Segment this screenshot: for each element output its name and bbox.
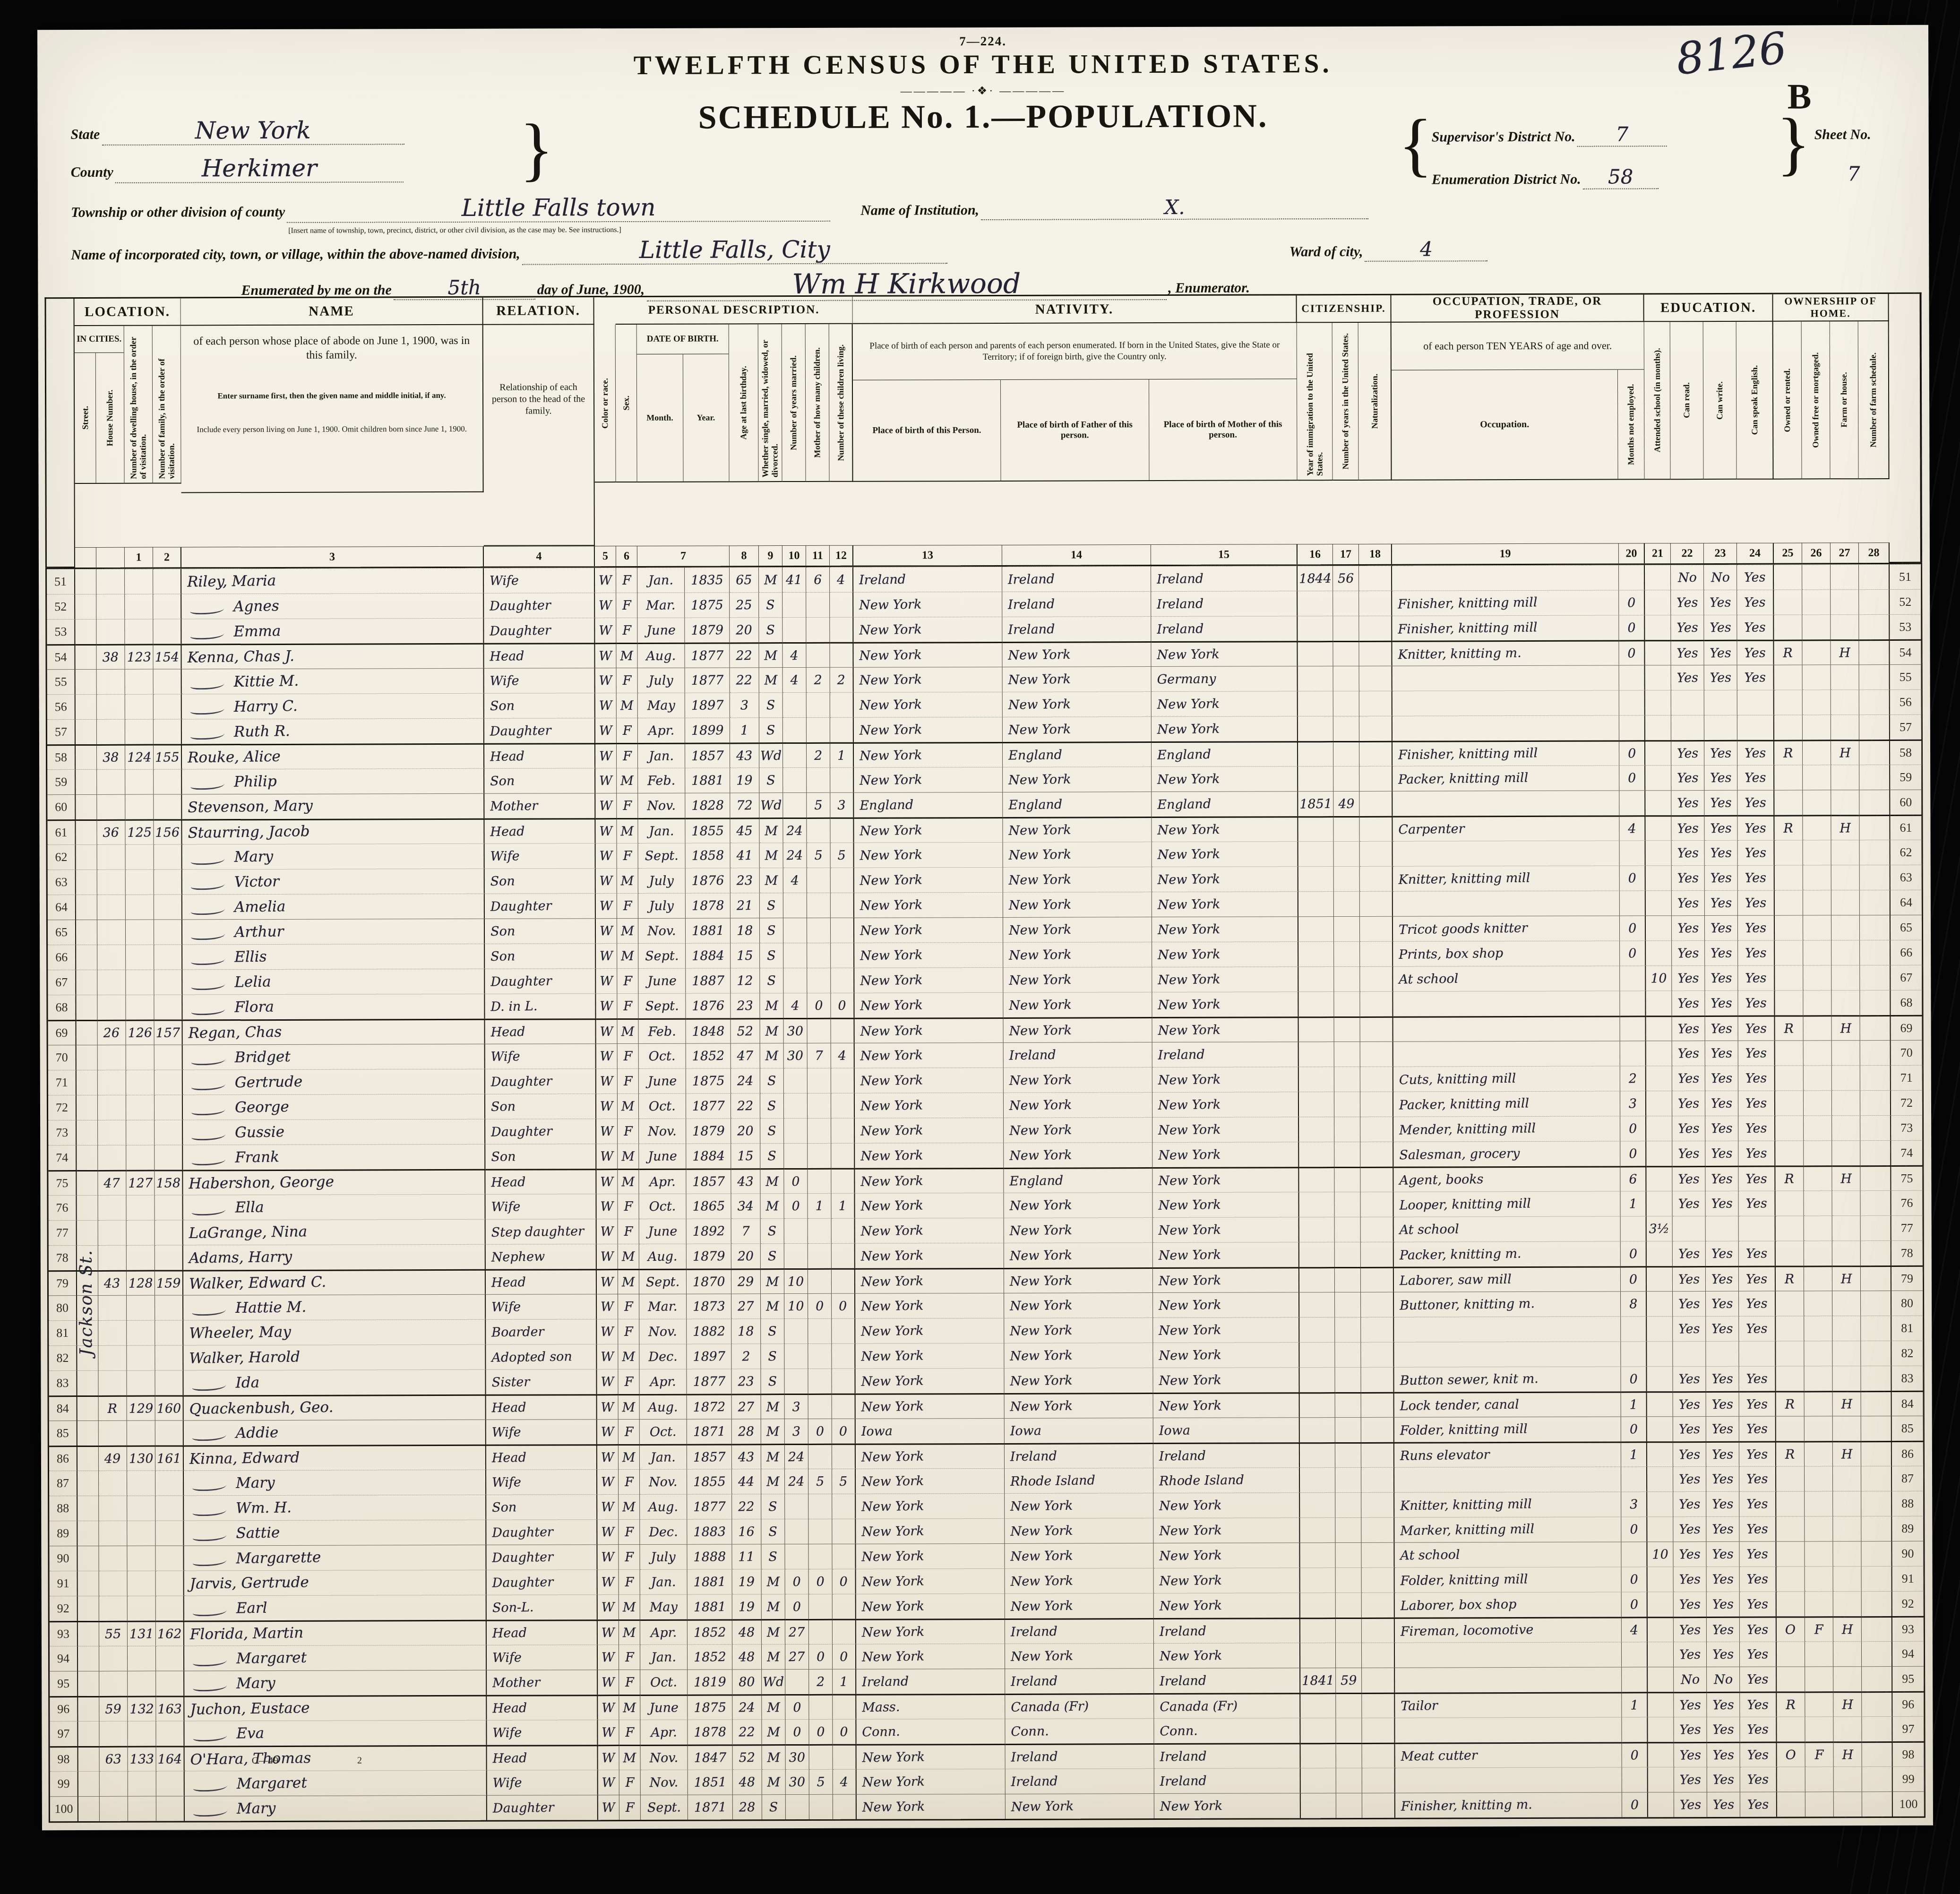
- cell-family: [156, 1796, 185, 1821]
- cell-years_married: [785, 1544, 808, 1569]
- col-number-21: 21: [1645, 543, 1671, 563]
- cell-mother_born: Rhode Island: [1153, 1467, 1300, 1493]
- cell-name: Walker, Edward C.: [183, 1269, 486, 1295]
- county-field: County Herkimer: [71, 154, 496, 183]
- cell-naturalization: [1359, 666, 1393, 691]
- cell-birth_year: 1888: [687, 1544, 732, 1569]
- cell-mother_of: [808, 1268, 832, 1293]
- line-number-right: 75: [1891, 1165, 1923, 1190]
- cell-farm_schedule: [1861, 1491, 1892, 1516]
- cell-children_living: [832, 1318, 855, 1343]
- cell-immigration: [1299, 1092, 1334, 1117]
- cell-street: [78, 1596, 99, 1621]
- cell-years_married: 41: [782, 567, 806, 592]
- cell-name: LaGrange, Nina: [183, 1219, 486, 1245]
- surname-ditto-flourish: [191, 1156, 225, 1165]
- line-number-left: 78: [49, 1245, 77, 1270]
- cell-english: Yes: [1737, 665, 1774, 690]
- cell-mother_born: New York: [1152, 816, 1298, 842]
- surname-ditto-flourish: [191, 1131, 225, 1140]
- cell-color: W: [598, 1795, 619, 1820]
- cell-years_married: 24: [785, 1469, 808, 1494]
- line-number-right: 67: [1891, 965, 1922, 990]
- cell-age: 45: [730, 818, 759, 843]
- cell-mother_of: 0: [809, 1569, 833, 1594]
- cell-free_mortgaged: [1805, 1416, 1833, 1441]
- cell-years_married: [784, 1369, 808, 1394]
- cell-relation: Wife: [487, 1770, 598, 1795]
- cell-immigration: [1298, 766, 1333, 791]
- mother-of-label: Mother of how many children.: [812, 347, 822, 458]
- cell-years_us: [1335, 1392, 1361, 1417]
- cell-farm_schedule: [1860, 1090, 1891, 1115]
- col-number-19: 19: [1392, 543, 1619, 564]
- cell-children_living: [833, 1744, 857, 1769]
- cell-school: 10: [1646, 965, 1672, 990]
- line-number-left: 52: [47, 594, 75, 619]
- cell-family: [154, 769, 182, 794]
- cell-age: 34: [731, 1193, 760, 1218]
- cell-father_born: Ireland: [1004, 1042, 1152, 1068]
- cell-born: New York: [854, 967, 1003, 993]
- cell-owned_rented: [1775, 1065, 1804, 1090]
- cell-color: W: [597, 1269, 618, 1294]
- cell-school: [1647, 1416, 1673, 1441]
- cell-age: 23: [731, 993, 760, 1018]
- cell-write: [1704, 715, 1737, 740]
- cell-years_married: [785, 1519, 808, 1544]
- cell-english: Yes: [1739, 1416, 1776, 1441]
- line-number-left: 97: [50, 1721, 78, 1746]
- cell-sex: F: [617, 843, 638, 868]
- cell-relation: Step daughter: [486, 1219, 597, 1244]
- cell-father_born: New York: [1003, 992, 1152, 1017]
- cell-street: [78, 1621, 99, 1646]
- cell-months_unemployed: 8: [1621, 1291, 1647, 1316]
- cell-read: Yes: [1672, 840, 1705, 865]
- city-field: Name of incorporated city, town, or vill…: [71, 233, 1904, 266]
- cell-school: [1646, 940, 1672, 965]
- cell-children_living: [830, 818, 854, 843]
- cell-sex: M: [619, 1619, 640, 1644]
- cell-years_us: 59: [1336, 1668, 1362, 1693]
- cell-mother_born: Ireland: [1154, 1743, 1301, 1768]
- cell-months_unemployed: [1621, 1466, 1647, 1491]
- cell-name: Margaret: [185, 1770, 487, 1796]
- cell-children_living: [832, 1268, 855, 1293]
- cell-months_unemployed: [1620, 965, 1646, 990]
- cell-birth_year: 1877: [685, 642, 730, 667]
- cell-occupation: Meat cutter: [1395, 1742, 1622, 1767]
- cell-write: Yes: [1704, 815, 1737, 840]
- cell-occupation: Packer, knitting m.: [1394, 1241, 1621, 1266]
- cell-dwelling: 131: [128, 1621, 156, 1646]
- cell-color: W: [596, 1093, 618, 1119]
- cell-school: [1645, 640, 1671, 665]
- cell-dwelling: [126, 945, 154, 970]
- cell-english: Yes: [1739, 1466, 1776, 1491]
- cell-relation: D. in L.: [485, 993, 596, 1019]
- cell-father_born: New York: [1003, 766, 1152, 792]
- cell-birth_month: Oct.: [640, 1419, 687, 1444]
- cell-dwelling: 128: [127, 1270, 155, 1295]
- cell-immigration: [1298, 641, 1333, 666]
- cell-years_married: 4: [783, 868, 807, 893]
- cell-birth_year: 1881: [686, 918, 731, 943]
- cell-birth_year: 1884: [686, 1143, 731, 1168]
- cell-birth_year: 1876: [686, 868, 731, 893]
- cell-house: 43: [98, 1270, 127, 1295]
- cell-free_mortgaged: [1803, 865, 1831, 890]
- cell-house: [99, 1671, 128, 1696]
- cell-english: Yes: [1738, 840, 1775, 865]
- cell-mother_born: New York: [1152, 916, 1298, 942]
- cell-naturalization: [1361, 1492, 1394, 1517]
- line-number-left: 71: [48, 1070, 77, 1095]
- cell-immigration: [1298, 966, 1334, 991]
- cell-immigration: [1298, 991, 1334, 1016]
- cell-immigration: [1300, 1492, 1335, 1517]
- cell-owned_rented: [1774, 664, 1803, 689]
- cell-months_unemployed: 0: [1619, 765, 1645, 790]
- cell-street: [78, 1746, 100, 1771]
- col-number-5: 5: [595, 546, 616, 566]
- cell-owned_rented: [1774, 715, 1803, 740]
- cell-owned_rented: [1776, 1541, 1805, 1566]
- cell-birth_month: Feb.: [638, 768, 685, 793]
- cell-write: Yes: [1706, 1366, 1739, 1391]
- cell-free_mortgaged: [1804, 1316, 1832, 1341]
- cell-father_born: England: [1003, 792, 1152, 817]
- cell-school: [1646, 840, 1672, 865]
- cell-occupation: [1393, 715, 1619, 740]
- cell-dwelling: [126, 970, 154, 995]
- cell-house: [98, 1245, 127, 1270]
- cell-farm_schedule: [1860, 890, 1891, 915]
- cell-relation: Daughter: [484, 718, 595, 743]
- cell-relation: Daughter: [487, 1569, 598, 1595]
- cell-birth_year: 1883: [687, 1519, 732, 1544]
- cell-dwelling: [128, 1721, 156, 1746]
- cell-write: Yes: [1705, 865, 1738, 890]
- cell-sex: M: [618, 1344, 639, 1369]
- cell-mother_born: Ireland: [1151, 616, 1298, 641]
- cell-age: 72: [730, 792, 759, 818]
- cell-free_mortgaged: [1804, 1115, 1832, 1140]
- cell-name: Kittie M.: [182, 668, 484, 694]
- cell-house: [99, 1546, 127, 1571]
- cell-street: [78, 1696, 99, 1721]
- cell-naturalization: [1360, 916, 1393, 941]
- cell-farm_schedule: [1861, 1366, 1891, 1391]
- farm-schedule-col-head: Number of farm schedule.: [1858, 321, 1890, 479]
- cell-farm_house: [1833, 1716, 1862, 1741]
- cell-family: [153, 594, 181, 619]
- cell-relation: Wife: [485, 1043, 596, 1069]
- cell-born: New York: [855, 1118, 1004, 1143]
- cell-occupation: Knitter, knitting mill: [1394, 1491, 1621, 1517]
- cell-mother_born: New York: [1153, 1292, 1299, 1317]
- cell-name: Ella: [183, 1194, 485, 1220]
- cell-color: W: [595, 568, 616, 593]
- cell-years_married: 24: [783, 843, 807, 868]
- line-number-left: 85: [49, 1420, 77, 1446]
- cell-free_mortgaged: [1805, 1691, 1833, 1716]
- cell-relation: Wife: [486, 1294, 597, 1319]
- cell-children_living: 3: [830, 792, 854, 818]
- cell-relation: Daughter: [484, 593, 595, 618]
- cell-father_born: New York: [1003, 691, 1152, 717]
- cell-birth_year: 1858: [686, 843, 731, 868]
- cell-family: 158: [155, 1170, 183, 1195]
- cell-farm_house: [1832, 1291, 1861, 1316]
- cell-children_living: [831, 1018, 854, 1043]
- free-mortgaged-label: Owned free or mortgaged.: [1811, 352, 1821, 448]
- cell-age: 20: [731, 1243, 761, 1268]
- cell-english: Yes: [1738, 890, 1775, 915]
- cell-farm_schedule: [1862, 1591, 1892, 1616]
- cell-farm_house: [1832, 1240, 1861, 1266]
- cell-occupation: [1393, 690, 1619, 715]
- cell-family: [154, 894, 182, 919]
- cell-english: Yes: [1738, 1141, 1775, 1166]
- cell-farm_house: [1831, 689, 1859, 715]
- cell-read: Yes: [1672, 1191, 1705, 1216]
- farm-house-col-head: Farm or house.: [1830, 321, 1859, 479]
- cell-color: W: [597, 1344, 618, 1369]
- cell-sex: F: [619, 1419, 640, 1444]
- cell-sex: F: [619, 1670, 640, 1695]
- cell-farm_house: [1831, 965, 1860, 990]
- cell-birth_year: 1819: [688, 1669, 732, 1694]
- line-number-left: 67: [48, 970, 76, 995]
- line-number-col-left: [46, 299, 75, 568]
- cell-immigration: [1299, 1192, 1334, 1217]
- cell-relation: Son: [485, 943, 596, 969]
- cell-born: New York: [854, 1017, 1003, 1043]
- english-label: Can speak English.: [1750, 365, 1760, 435]
- cell-farm_schedule: [1860, 990, 1891, 1015]
- cell-read: No: [1674, 1667, 1707, 1692]
- cell-occupation: Folder, knitting mill: [1394, 1416, 1621, 1442]
- cell-years_married: [784, 1343, 808, 1369]
- col-number-14: 14: [1002, 544, 1151, 565]
- cell-free_mortgaged: [1804, 1266, 1832, 1291]
- cell-naturalization: [1361, 1467, 1394, 1492]
- cell-born: New York: [854, 767, 1003, 792]
- cell-english: Yes: [1740, 1592, 1777, 1617]
- cell-color: W: [596, 1068, 618, 1093]
- cell-street: [77, 1446, 99, 1471]
- cell-relation: Daughter: [485, 968, 596, 994]
- cell-dwelling: [128, 1646, 156, 1671]
- cell-farm_schedule: [1859, 715, 1890, 740]
- surname-ditto-flourish: [191, 1006, 225, 1015]
- cell-sex: M: [618, 1269, 639, 1294]
- cell-birth_month: Jan.: [638, 743, 685, 768]
- mother-of-col-head: Mother of how many children.: [806, 324, 830, 482]
- cell-english: [1737, 715, 1774, 740]
- cell-naturalization: [1361, 1367, 1394, 1392]
- cell-farm_house: [1832, 1065, 1860, 1090]
- cell-years_married: [784, 1093, 808, 1118]
- cell-farm_schedule: [1860, 1015, 1891, 1040]
- cell-street: [77, 1546, 99, 1571]
- cell-school: [1647, 1291, 1673, 1316]
- cell-name: Lelia: [182, 969, 485, 995]
- cell-sex: M: [617, 918, 638, 943]
- cell-born: New York: [856, 1568, 1005, 1594]
- cell-birth_month: Aug.: [639, 1244, 687, 1269]
- cell-born: New York: [855, 1243, 1004, 1268]
- cell-birth_year: 1857: [686, 1168, 731, 1193]
- cell-months_unemployed: [1621, 1216, 1647, 1241]
- col-number-6: 6: [616, 546, 637, 566]
- line-number-right: 81: [1891, 1316, 1923, 1341]
- cell-owned_rented: [1775, 1190, 1804, 1215]
- cell-free_mortgaged: [1805, 1516, 1833, 1541]
- cell-children_living: [831, 1093, 855, 1118]
- cell-mother_of: 7: [808, 1043, 831, 1068]
- cell-mother_born: New York: [1154, 1793, 1301, 1818]
- cell-free_mortgaged: [1805, 1716, 1833, 1741]
- cell-color: W: [596, 943, 617, 968]
- cell-birth_month: Nov.: [640, 1469, 687, 1494]
- cell-school: 3½: [1647, 1216, 1673, 1241]
- line-number-right: 71: [1891, 1065, 1923, 1090]
- cell-farm_house: H: [1831, 639, 1859, 664]
- cell-months_unemployed: [1622, 1717, 1648, 1742]
- cell-family: [155, 1245, 183, 1270]
- cell-house: [97, 995, 126, 1020]
- cell-born: New York: [855, 1268, 1004, 1293]
- cell-born: New York: [854, 892, 1003, 918]
- cell-house: 47: [98, 1170, 126, 1195]
- cell-father_born: New York: [1003, 942, 1152, 967]
- line-number-right: 62: [1891, 840, 1922, 865]
- cell-years_married: 3: [785, 1419, 808, 1444]
- cell-relation: Daughter: [485, 1119, 596, 1144]
- cell-sex: F: [616, 568, 637, 593]
- cell-birth_year: 1876: [686, 993, 731, 1018]
- cell-birth_year: 1897: [685, 692, 730, 717]
- cell-dwelling: [125, 619, 153, 644]
- line-number-left: 79: [49, 1270, 77, 1295]
- cell-english: Yes: [1738, 865, 1775, 890]
- line-number-right: 72: [1891, 1090, 1923, 1115]
- cell-house: [98, 1295, 127, 1320]
- cell-english: Yes: [1737, 615, 1774, 640]
- english-col-head: Can speak English.: [1736, 322, 1774, 480]
- cell-months_unemployed: 0: [1620, 915, 1646, 940]
- name-note2: Include every person living on June 1, 1…: [192, 424, 471, 435]
- cell-family: [155, 1094, 183, 1119]
- cell-free_mortgaged: [1803, 815, 1831, 840]
- cell-mother_of: 5: [809, 1769, 833, 1794]
- cell-write: Yes: [1705, 940, 1738, 965]
- relation-col-head: Relationship of each person to the head …: [483, 325, 595, 546]
- cell-years_married: 24: [785, 1444, 808, 1469]
- cell-free_mortgaged: [1805, 1591, 1833, 1616]
- cell-relation: Daughter: [484, 618, 595, 643]
- cell-age: 28: [732, 1419, 761, 1444]
- cell-birth_month: Oct.: [639, 1043, 686, 1068]
- cell-occupation: Laborer, saw mill: [1394, 1266, 1621, 1291]
- cell-farm_schedule: [1861, 1541, 1892, 1566]
- cell-owned_rented: [1777, 1791, 1805, 1817]
- cell-born: New York: [854, 817, 1003, 843]
- cell-marital: M: [762, 1594, 785, 1619]
- cell-free_mortgaged: [1803, 915, 1831, 940]
- county-label: County: [71, 164, 113, 180]
- cell-marital: S: [761, 1318, 784, 1343]
- cell-free_mortgaged: [1803, 765, 1831, 790]
- cell-born: New York: [853, 642, 1002, 667]
- cell-write: Yes: [1707, 1692, 1740, 1717]
- cell-born: Ireland: [856, 1669, 1005, 1694]
- cell-birth_month: June: [639, 1144, 686, 1169]
- cell-age: 19: [730, 767, 759, 792]
- cell-born: New York: [856, 1393, 1005, 1419]
- cell-farm_house: H: [1832, 1165, 1860, 1190]
- line-number-right: 93: [1892, 1616, 1924, 1641]
- cell-family: 159: [155, 1270, 183, 1295]
- house-col-head: House Number.: [96, 353, 124, 483]
- cell-owned_rented: [1775, 1140, 1804, 1165]
- cell-free_mortgaged: [1803, 664, 1831, 689]
- cell-sex: M: [618, 1144, 639, 1169]
- cell-father_born: New York: [1003, 817, 1152, 842]
- cell-mother_born: New York: [1152, 841, 1298, 867]
- cell-immigration: [1299, 1067, 1334, 1092]
- cell-birth_year: 1877: [687, 1369, 731, 1394]
- cell-write: Yes: [1705, 990, 1738, 1016]
- cell-age: 11: [732, 1544, 761, 1569]
- cell-school: [1647, 1316, 1673, 1341]
- cell-name: Walker, Harold: [183, 1344, 486, 1370]
- cell-read: Yes: [1672, 1066, 1705, 1091]
- cell-occupation: Packer, knitting mill: [1393, 1091, 1620, 1116]
- cell-school: [1648, 1692, 1674, 1717]
- months-unemployed-col-head: Months not employed.: [1618, 370, 1644, 479]
- city-label: Name of incorporated city, town, or vill…: [71, 246, 520, 263]
- cell-years_us: [1335, 1342, 1361, 1367]
- cell-children_living: [831, 893, 854, 918]
- cell-street: [76, 970, 97, 995]
- cell-marital: S: [759, 617, 782, 642]
- cell-read: Yes: [1671, 615, 1704, 640]
- month-label: Month.: [637, 354, 683, 482]
- cell-birth_year: 1847: [688, 1744, 733, 1769]
- cell-name: Addie: [184, 1420, 486, 1446]
- cell-english: [1737, 690, 1774, 715]
- cell-years_married: [783, 767, 807, 792]
- cell-owned_rented: [1776, 1240, 1804, 1266]
- cell-dwelling: [126, 1045, 155, 1070]
- cell-house: [97, 694, 125, 719]
- cell-family: [155, 1470, 184, 1495]
- cell-mother_of: [807, 767, 830, 792]
- cell-relation: Mother: [484, 793, 595, 818]
- cell-family: [155, 1520, 184, 1545]
- line-number-left: 68: [48, 995, 76, 1020]
- cell-birth_month: Sept.: [641, 1795, 688, 1820]
- cell-school: [1647, 1441, 1673, 1466]
- supervisor-label: Supervisor's District No.: [1432, 129, 1575, 145]
- cell-birth_year: 1857: [687, 1444, 732, 1469]
- cell-read: Yes: [1673, 1466, 1706, 1491]
- cell-immigration: [1300, 1643, 1336, 1668]
